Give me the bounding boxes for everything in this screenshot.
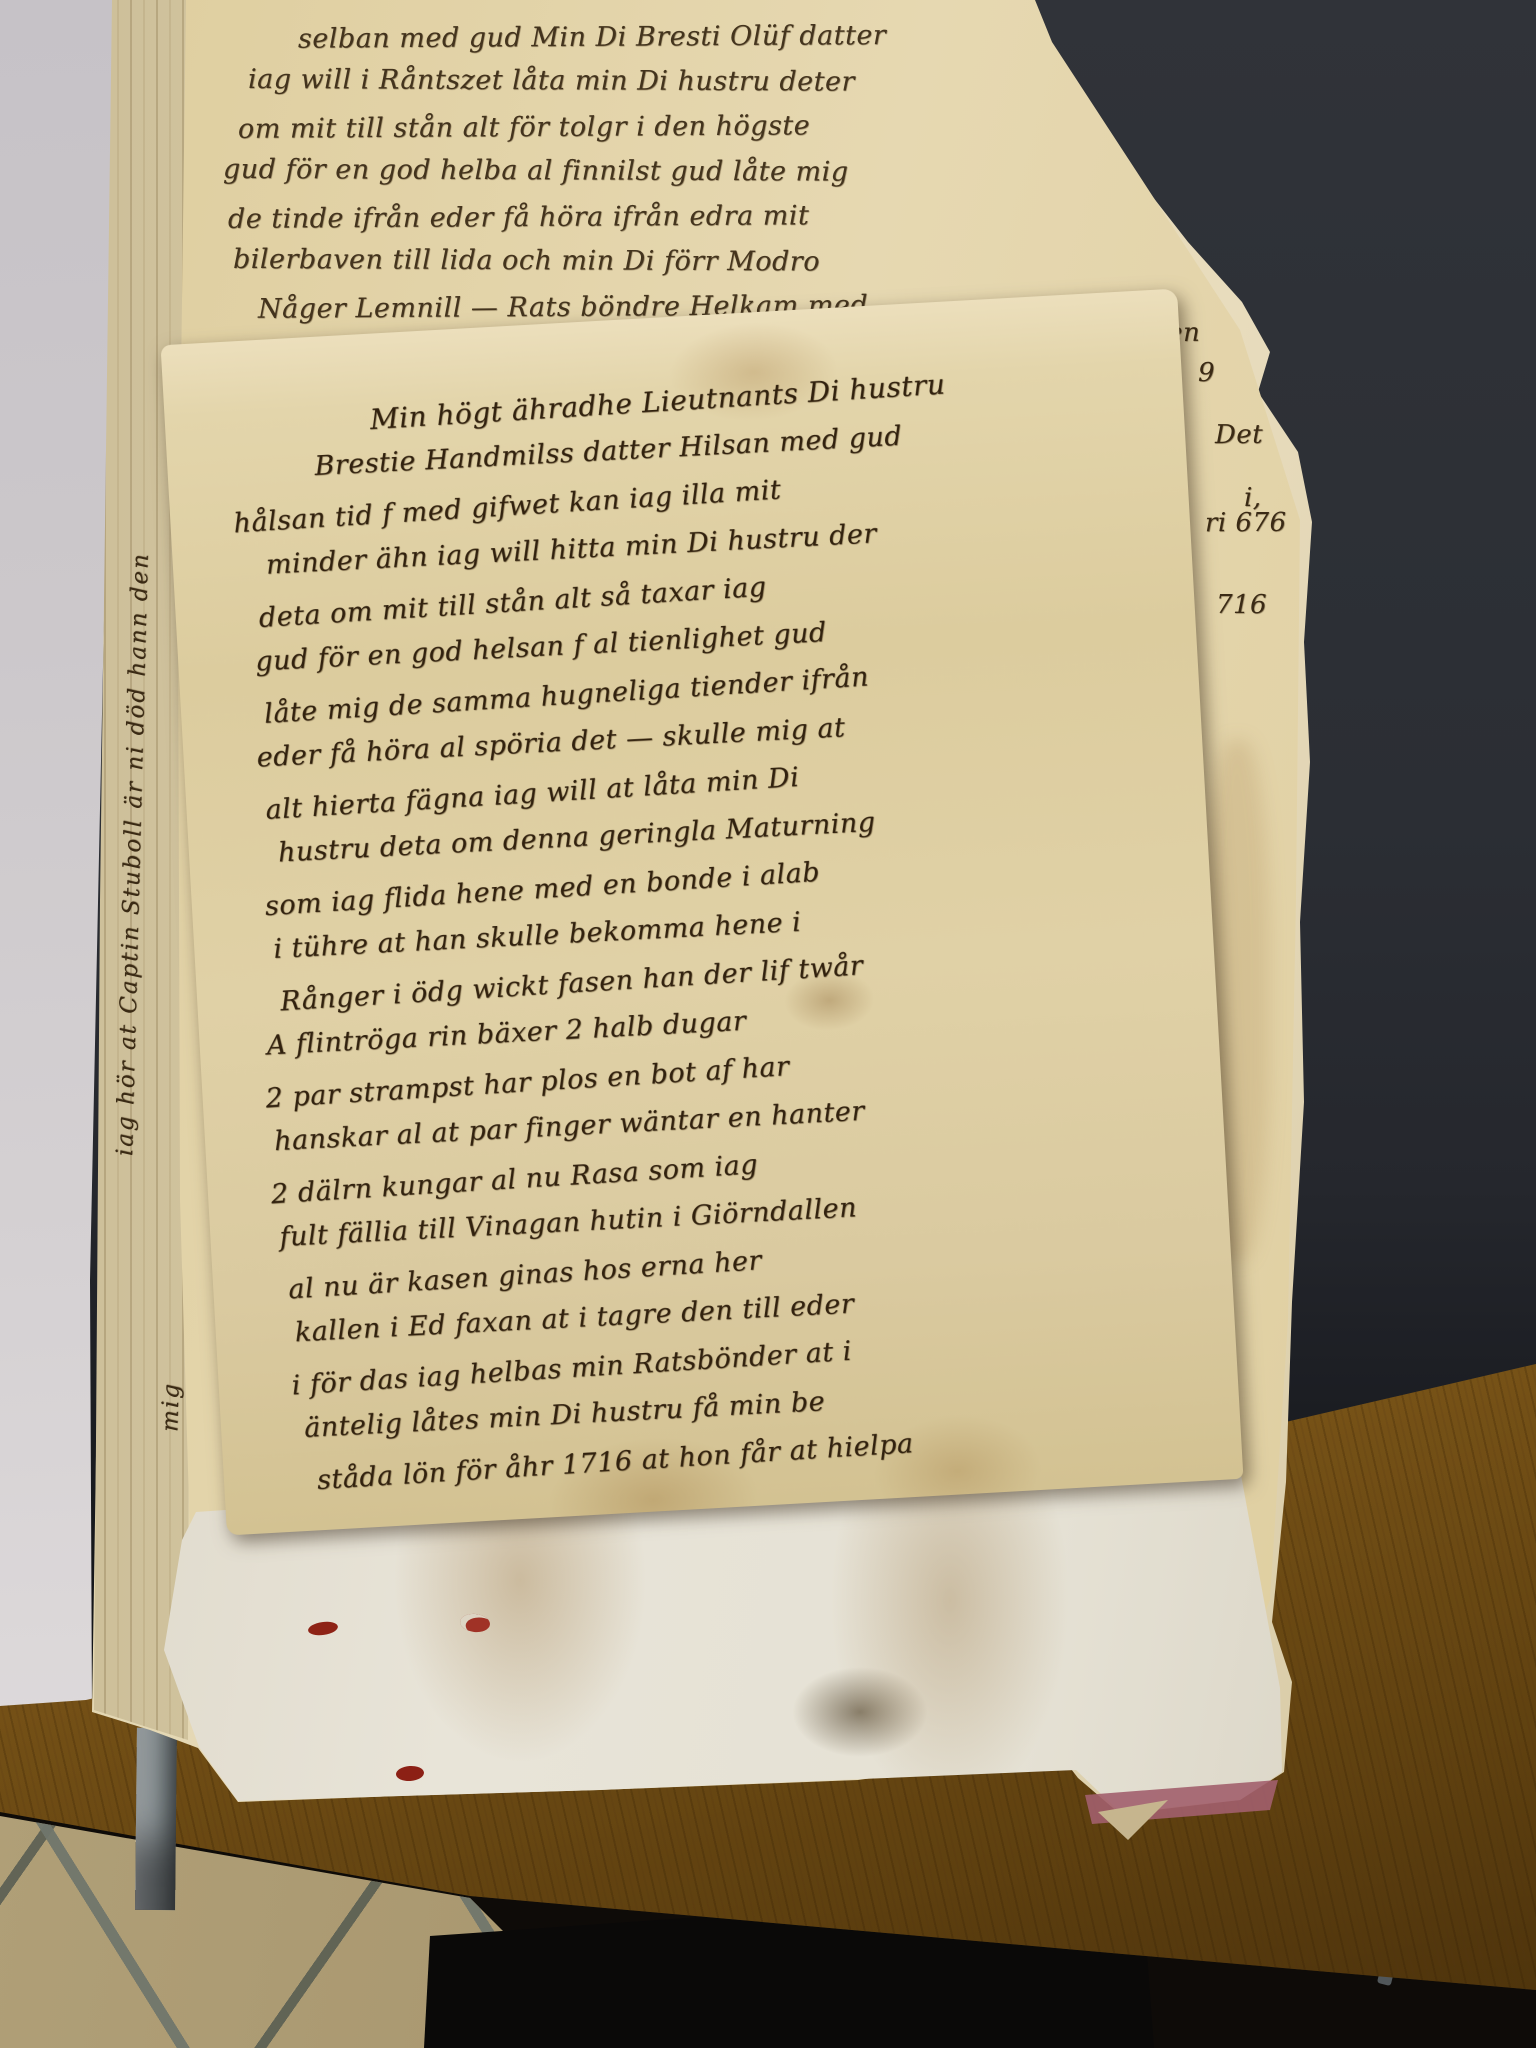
letter-page-1716: Min högt ähradhe Lieutnants Di hustruBre…	[161, 289, 1244, 1536]
manuscript-photo: selban med gud Min Di Bresti Olüf datter…	[0, 0, 1536, 2048]
margin-note-vertical: iag hör at Captin Stuboll är ni död hann…	[120, 552, 146, 1492]
handwriting-line: ri 676	[1205, 508, 1287, 538]
margin-note-text: mig	[157, 1382, 184, 1433]
margin-note-vertical: mig	[158, 1382, 184, 1532]
handwriting-line: 9	[1198, 358, 1215, 388]
handwriting-line: Det	[1215, 420, 1263, 450]
handwriting-line: 716	[1216, 590, 1267, 620]
letter-text: Min högt ähradhe Lieutnants Di hustruBre…	[219, 350, 1219, 1505]
